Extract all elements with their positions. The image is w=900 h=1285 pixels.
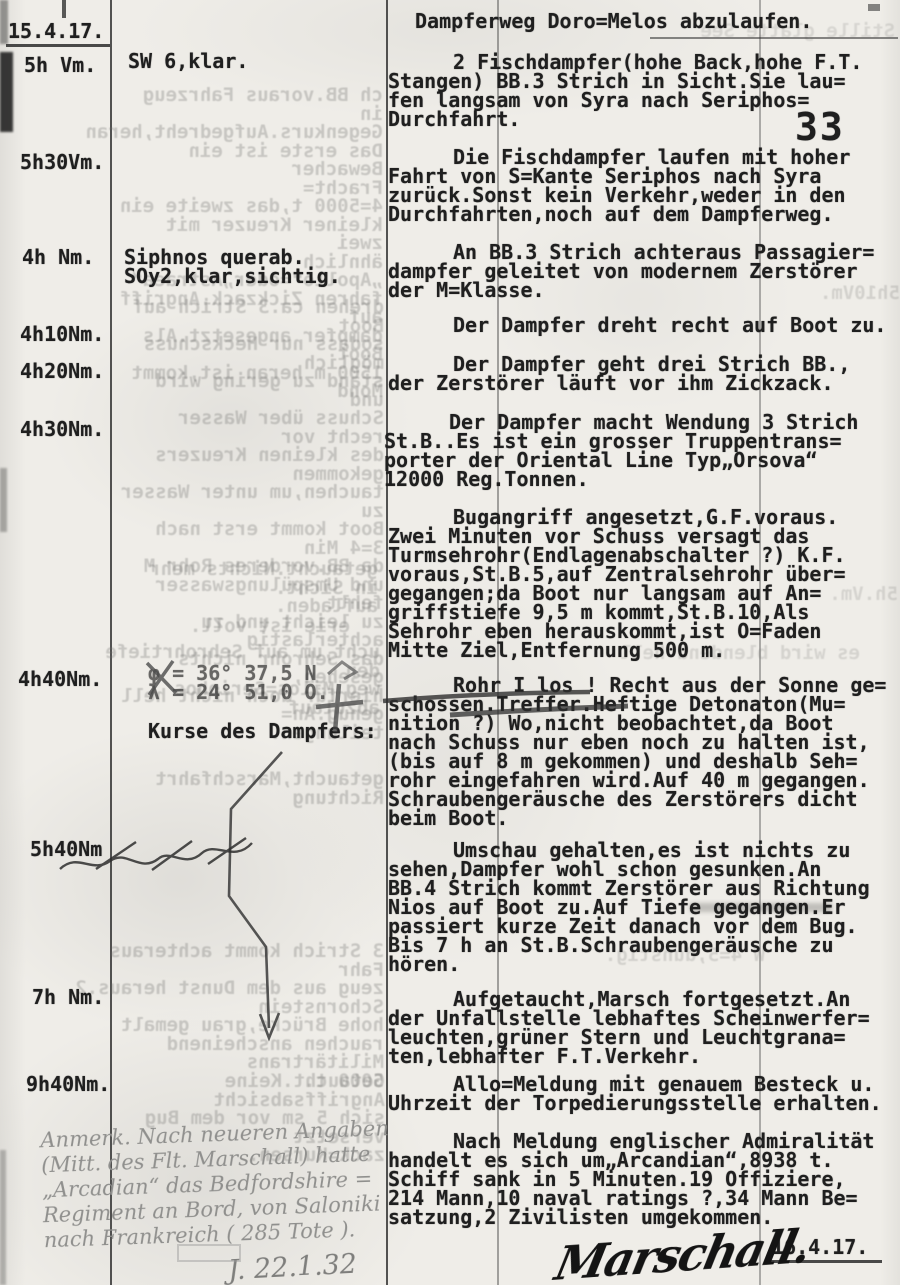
scan-artifact (62, 0, 66, 18)
entry-date: 15.4.17. (8, 22, 104, 41)
scan-artifact (0, 1150, 6, 1285)
paragraph-continuation: Dampferweg Doro=Melos abzulaufen. (415, 12, 812, 31)
log-paragraph: Umschau gehalten,es ist nichts zu sehen,… (388, 841, 900, 974)
log-paragraph: Bugangriff angesetzt,G.F.voraus. Zwei Mi… (388, 508, 900, 660)
time-stamp: 4h30Nm. (20, 420, 104, 439)
time-stamp: 5h30Vm. (20, 153, 104, 172)
log-paragraph: Der Dampfer dreht recht auf Boot zu. (388, 316, 900, 335)
time-stamp: 7h Nm. (32, 988, 104, 1007)
pencil-annotation-date: J. 22.1.32 (227, 1249, 357, 1285)
position-weather-note: Siphnos querab. SOy2,klar,sichtig. (124, 248, 341, 286)
scan-artifact (0, 0, 8, 44)
war-diary-page: ch BB.voraus Fahrzeug in Gegenkurs.Aufge… (0, 0, 900, 1285)
log-paragraph: Die Fischdampfer laufen mit hoher Fahrt … (388, 148, 900, 224)
log-paragraph: Allo=Meldung mit genauem Besteck u. Uhrz… (388, 1075, 900, 1113)
time-stamp: 4h Nm. (22, 248, 94, 267)
time-stamp: 5h40Nm (30, 840, 102, 859)
position-coordinates: φ = 36° 37,5 N λ = 24° 51,0 O. (148, 664, 329, 702)
time-stamp: 4h40Nm. (18, 670, 102, 689)
scan-artifact (0, 468, 7, 532)
time-stamp: 4h20Nm. (20, 362, 104, 381)
bleedthrough-text: getaucht,Marschfahrt Richtung (112, 770, 384, 807)
weather-note: SW 6,klar. (128, 52, 248, 71)
log-paragraph: Aufgetaucht,Marsch fortgesetzt.An der Un… (388, 990, 900, 1066)
bleedthrough-text: erie ist voll. (150, 617, 350, 636)
scan-artifact (0, 52, 13, 132)
log-paragraph: Der Dampfer macht Wendung 3 Strich St.B.… (384, 413, 900, 489)
log-paragraph: Nach Meldung englischer Admiralität hand… (388, 1132, 900, 1227)
bleedthrough-text: getaucht.Nichts mehr in Sicht. aufladen. (118, 560, 378, 616)
time-stamp: 4h10Nm. (20, 325, 104, 344)
time-stamp: 5h Vm. (24, 56, 96, 75)
bleedthrough-text: 3 Strich kommt achteraus Fahr zeug aus d… (60, 942, 384, 1090)
date-underline (6, 44, 110, 47)
course-label: Kurse des Dampfers: (148, 722, 377, 741)
time-stamp: 9h40Nm. (26, 1075, 110, 1094)
header-rule (650, 37, 898, 39)
scan-artifact (868, 4, 880, 11)
log-paragraph: Der Dampfer geht drei Strich BB., der Ze… (388, 355, 900, 393)
page-number: 33 (795, 108, 845, 146)
pencil-annotation: Anmerk. Nach neueren Angaben (Mitt. des … (40, 1116, 404, 1253)
log-paragraph: An BB.3 Strich achteraus Passagier= damp… (388, 243, 900, 300)
log-paragraph: Rohr I los ! Recht aus der Sonne ge= sch… (388, 676, 900, 828)
